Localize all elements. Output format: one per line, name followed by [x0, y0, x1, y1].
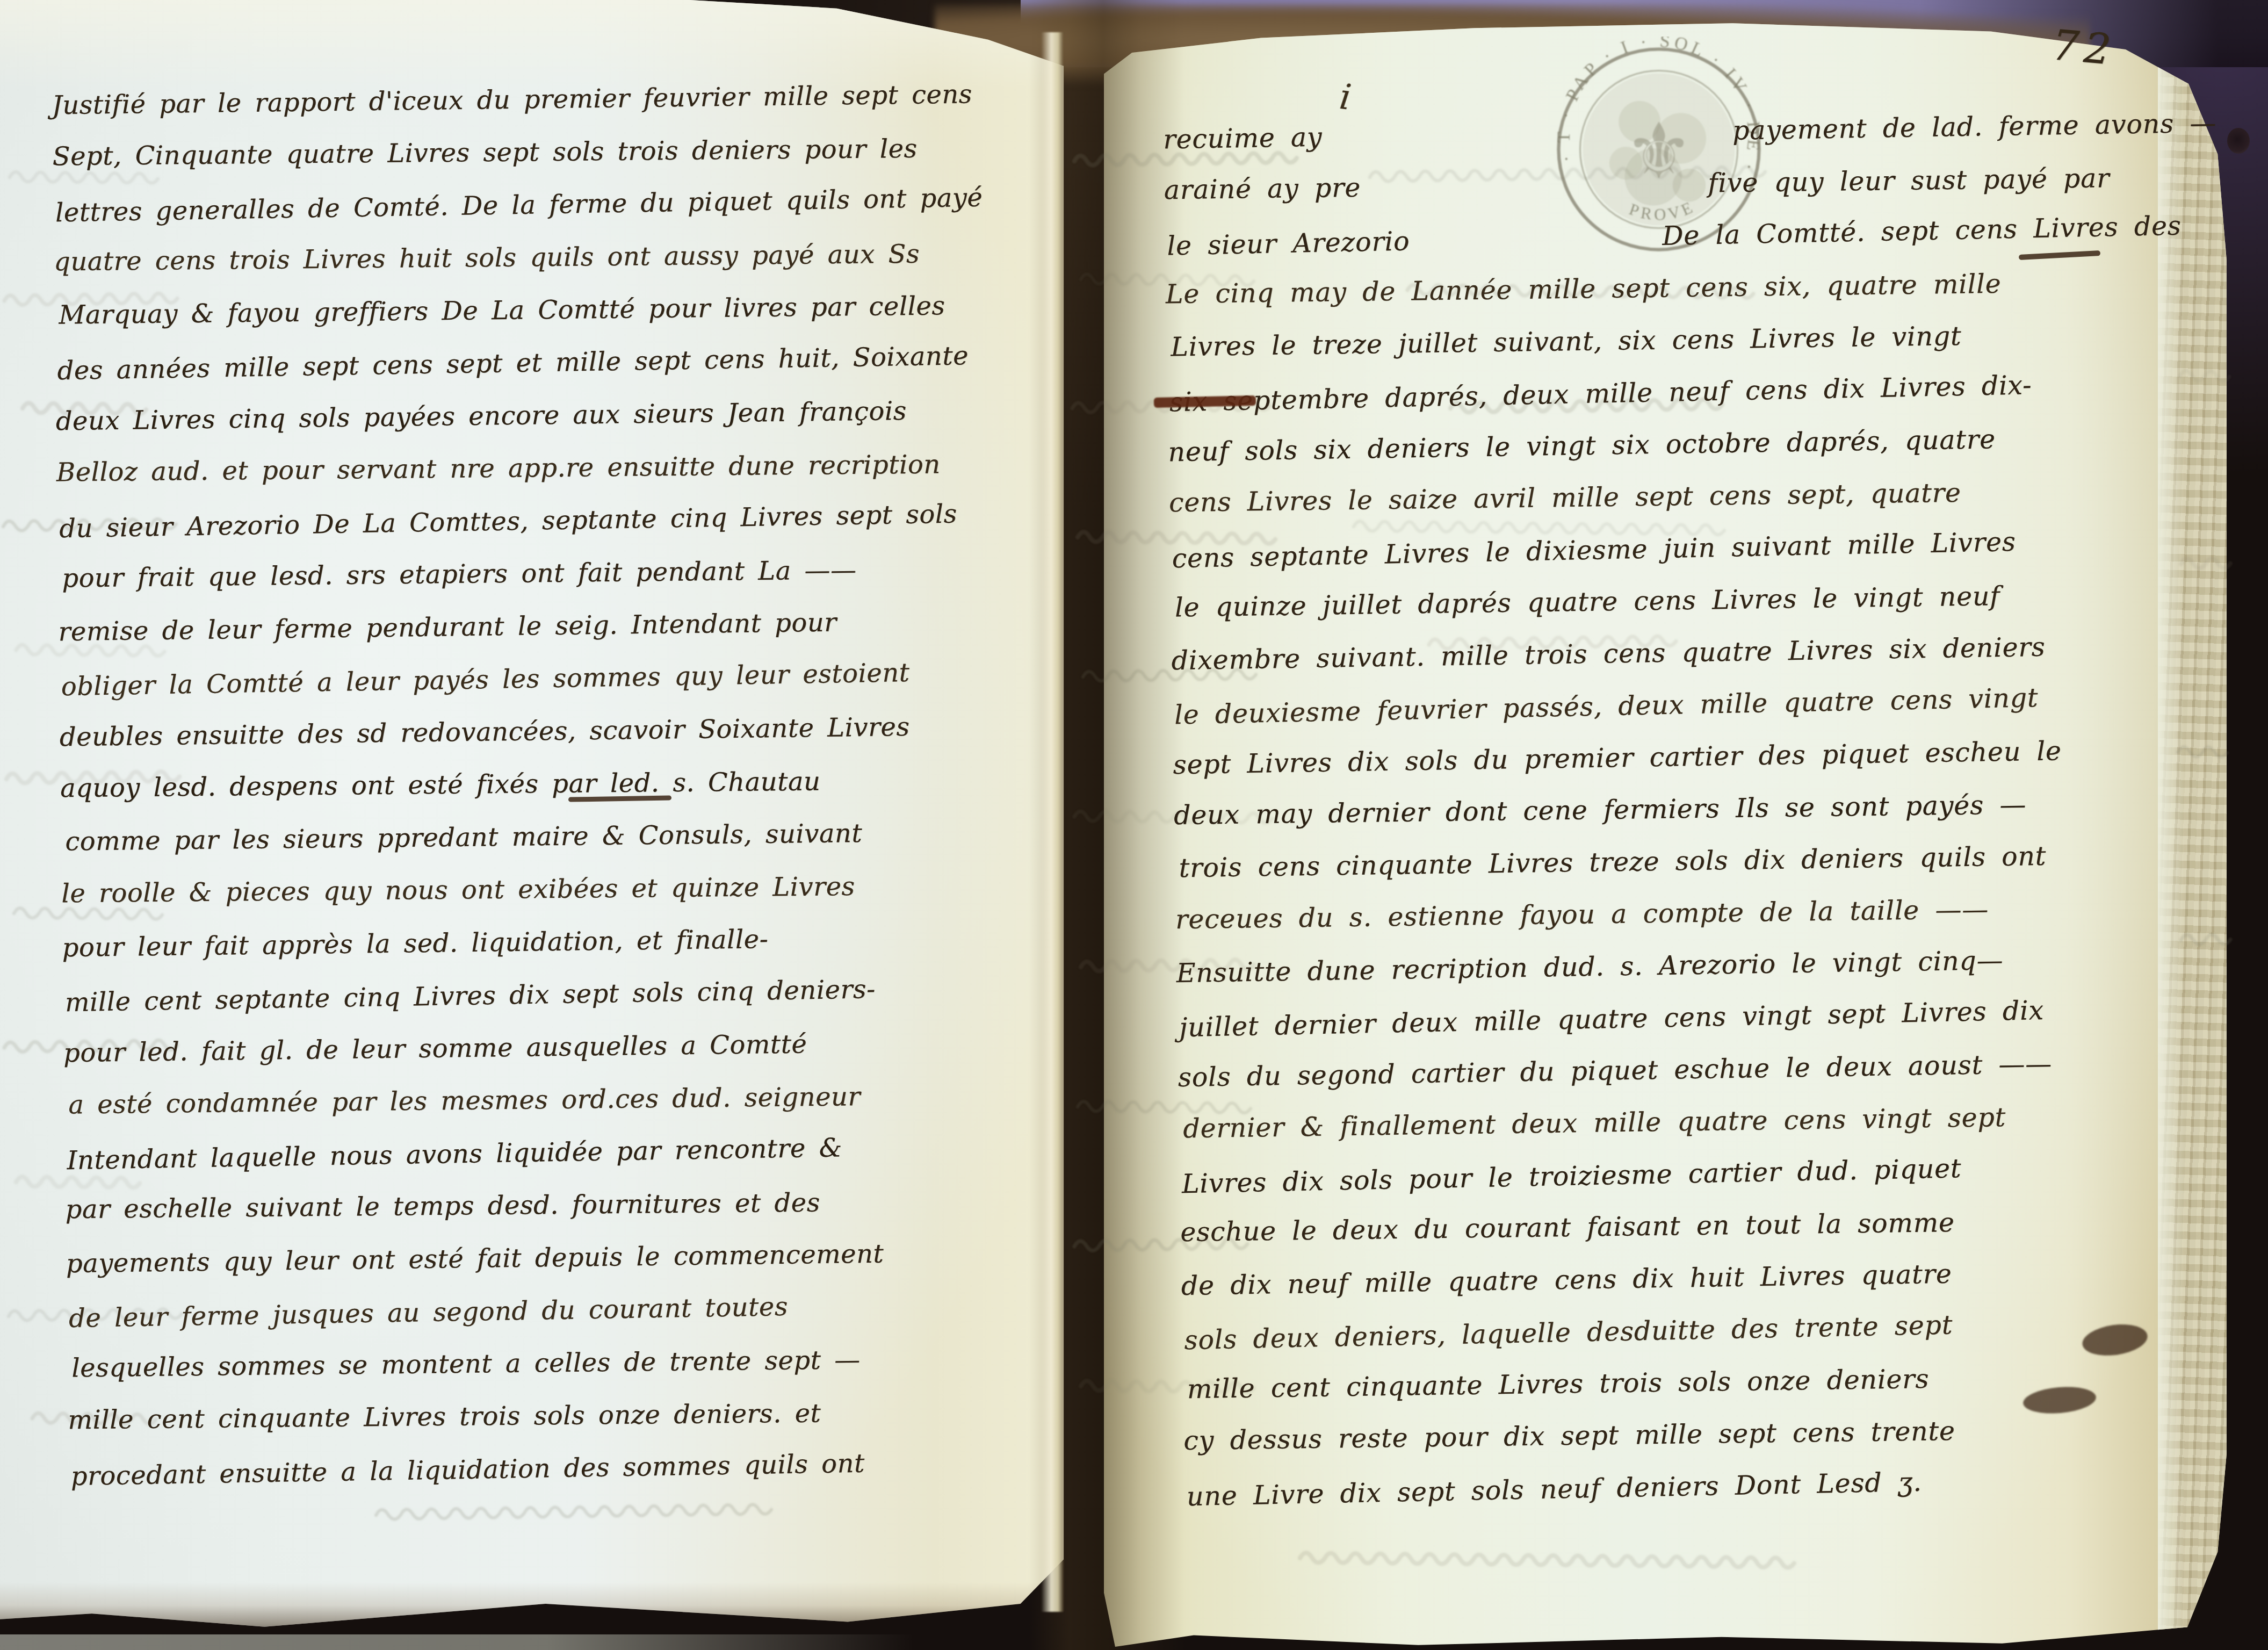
manuscript-line: aquoy lesd. despens ont esté fixés par l…	[60, 753, 1049, 815]
wormhole	[2227, 128, 2250, 154]
ink-strikethrough-red	[1154, 395, 1256, 408]
manuscript-line: quatre cens trois Livres huit sols quils…	[54, 227, 1043, 289]
manuscript-line: lesquelles sommes se montent a celles de…	[71, 1331, 1060, 1394]
manuscript-line: par eschelle suivant le temps desd. four…	[65, 1175, 1054, 1236]
manuscript-line: comme par les sieurs ppredant maire & Co…	[65, 805, 1054, 868]
backdrop-gray-strip	[0, 1634, 913, 1650]
manuscript-photo: · T · PAP · I · SOL · IV · DE · PROVE ⚜ …	[0, 0, 2268, 1650]
manuscript-line: pour frait que lesd. srs etapiers ont fa…	[62, 542, 1051, 604]
left-page-text: Justifié par le rapport d'iceux du premi…	[52, 67, 1057, 1501]
right-page-text: recuime ay payement de lad. ferme avons …	[1163, 97, 2222, 1521]
folio-number: 72	[2050, 21, 2118, 75]
manuscript-line: le roolle & pieces quy nous ont exibées …	[61, 859, 1050, 920]
